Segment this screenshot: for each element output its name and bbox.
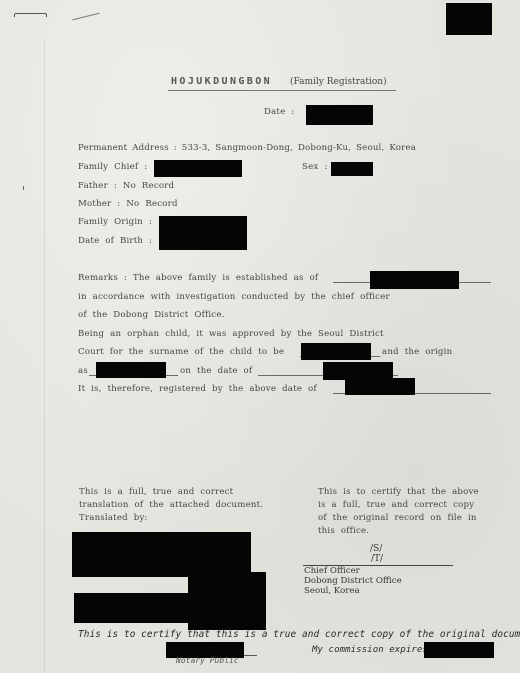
commission-label: My commission expires (312, 645, 428, 655)
remarks-line-5b: and the origin (382, 347, 452, 357)
title-underline (168, 90, 396, 91)
notary-public-label: Notary Public (176, 656, 239, 665)
mother-line: Mother : No Record (78, 199, 178, 209)
redaction-origin-birth (159, 216, 247, 250)
notary-statement: This is to certify that this is a true a… (78, 629, 520, 640)
remarks-line-6a: as (78, 366, 88, 376)
document-subtitle: (Family Registration) (290, 77, 387, 87)
certification-line-1: This is to certify that the above (318, 487, 479, 497)
redaction-commission-date (424, 642, 494, 658)
family-origin-label: Family Origin : (78, 217, 152, 227)
certification-line-2: is a full, true and correct copy (318, 500, 474, 510)
redaction-established-date (370, 271, 459, 289)
officer-title: Chief Officer (304, 566, 360, 576)
date-of-birth-label: Date of Birth : (78, 236, 152, 246)
father-line: Father : No Record (78, 181, 174, 191)
redaction-translator-2 (188, 572, 266, 630)
remarks-line-5a: Court for the surname of the child to be (78, 347, 284, 357)
redaction-date (306, 105, 373, 125)
permanent-address: Permanent Address : 533-3, Sangmoon-Dong… (78, 143, 416, 153)
signature-s: /S/ (370, 544, 382, 554)
redaction-surname (301, 343, 371, 360)
remarks-line-1: Remarks : The above family is establishe… (78, 273, 318, 283)
margin-mark (23, 186, 24, 190)
remarks-line-4: Being an orphan child, it was approved b… (78, 329, 384, 339)
certification-line-3: of the original record on file in (318, 513, 477, 523)
remarks-line-7: It is, therefore, registered by the abov… (78, 384, 317, 394)
officer-location: Seoul, Korea (304, 586, 360, 596)
date-label: Date : (264, 107, 294, 117)
remarks-line-2: in accordance with investigation conduct… (78, 292, 390, 302)
redaction-corner (446, 3, 492, 35)
binding-shadow (44, 40, 45, 673)
remarks-line-6b: on the date of (180, 366, 252, 376)
translation-line-3: Translated by: (79, 513, 148, 523)
redaction-translator-1 (72, 532, 251, 577)
document-title: HOJUKDUNGBON (171, 76, 272, 87)
certification-line-4: this office. (318, 526, 369, 536)
sex-label: Sex : (302, 162, 327, 172)
family-chief-label: Family Chief : (78, 162, 147, 172)
translation-line-2: translation of the attached document. (79, 500, 263, 510)
redaction-family-chief (154, 160, 242, 177)
staple-mark (14, 13, 47, 17)
signature-t: /T/ (371, 554, 383, 564)
officer-office: Dobong District Office (304, 576, 402, 586)
remarks-line-3: of the Dobong District Office. (78, 310, 225, 320)
redaction-registered-date (345, 378, 415, 395)
translation-line-1: This is a full, true and correct (79, 487, 233, 497)
redaction-origin (96, 362, 166, 378)
redaction-translator-3 (74, 593, 190, 623)
redaction-sex (331, 162, 373, 176)
